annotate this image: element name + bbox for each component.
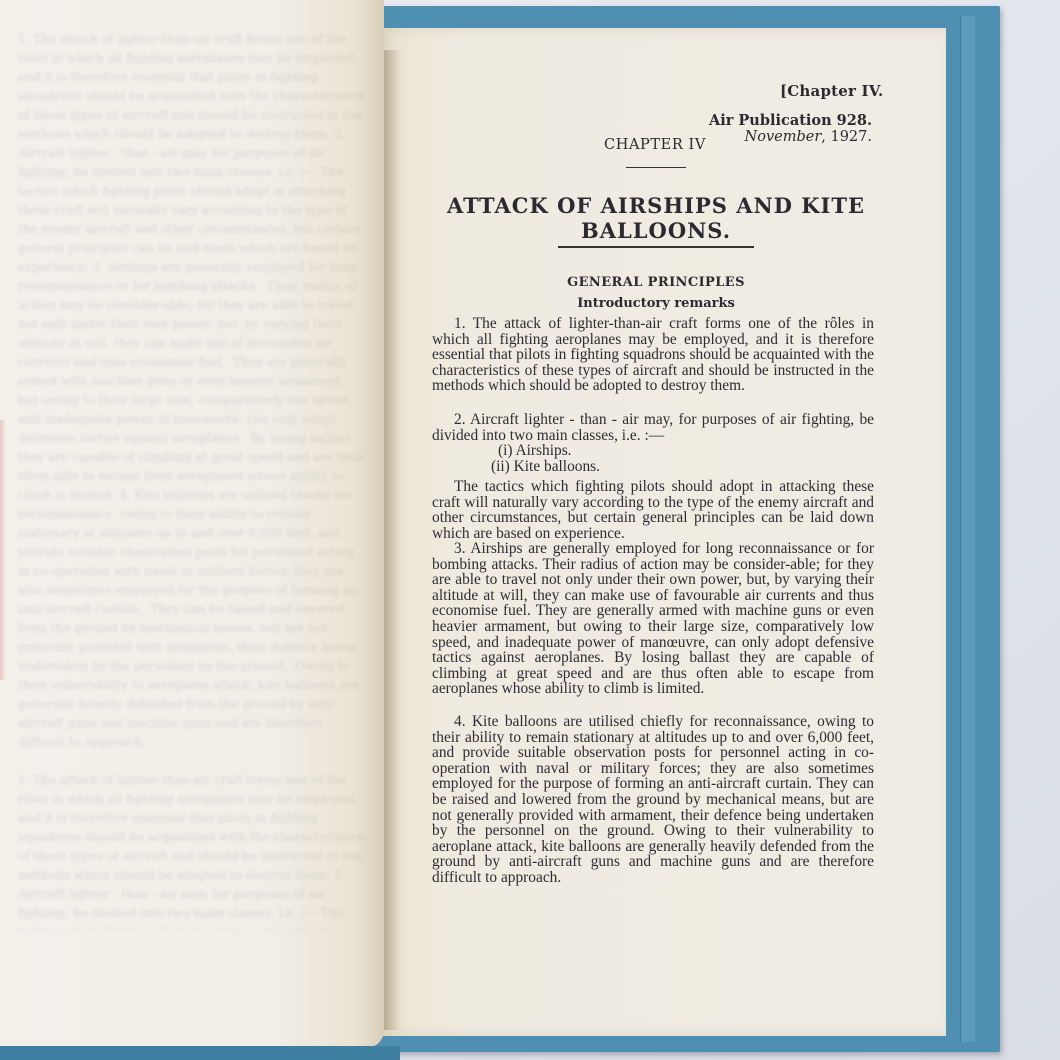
cover-bottom-strip (0, 1046, 400, 1060)
publication-year: , 1927. (821, 129, 872, 145)
chapter-title: ATTACK OF AIRSHIPS AND KITE BALLOONS. (430, 193, 882, 243)
publication-month: November (745, 129, 822, 145)
chapter-rule (626, 167, 686, 168)
publication-number: Air Publication 928. (709, 112, 872, 129)
paragraph-text: 4. Kite balloons are utilised chiefly fo… (432, 714, 874, 886)
paragraph-4: 4. Kite balloons are utilised chiefly fo… (432, 714, 874, 886)
title-rule (558, 246, 754, 248)
chapter-label: CHAPTER IV (604, 137, 706, 153)
section-heading: GENERAL PRINCIPLES (430, 275, 882, 290)
left-page: 1. The attack of lighter-than-air craft … (0, 0, 384, 1048)
subsection-heading: Introductory remarks (430, 296, 882, 311)
paragraph-text: 1. The attack of lighter-than-air craft … (432, 316, 874, 394)
left-edge-tint (0, 420, 6, 680)
left-page-bleed-text: 1. The attack of lighter-than-air craft … (18, 30, 368, 930)
paragraph-2: 2. Aircraft lighter - than - air may, fo… (432, 412, 874, 443)
paragraph-3: 3. Airships are generally employed for l… (432, 541, 874, 697)
paragraph-text: 2. Aircraft lighter - than - air may, fo… (432, 412, 874, 443)
paragraph-1: 1. The attack of lighter-than-air craft … (432, 316, 874, 394)
page-fold-shadow (384, 50, 402, 1030)
class-item-kite-balloons: (ii) Kite balloons. (491, 458, 600, 476)
paragraph-text: 3. Airships are generally employed for l… (432, 541, 874, 697)
paragraph-text: The tactics which fighting pilots should… (432, 479, 874, 541)
publication-date: November, 1927. (745, 129, 872, 145)
cover-edge (960, 16, 975, 1042)
paragraph-tactics: The tactics which fighting pilots should… (432, 479, 874, 541)
running-header-chapter: [Chapter IV. (780, 82, 883, 100)
